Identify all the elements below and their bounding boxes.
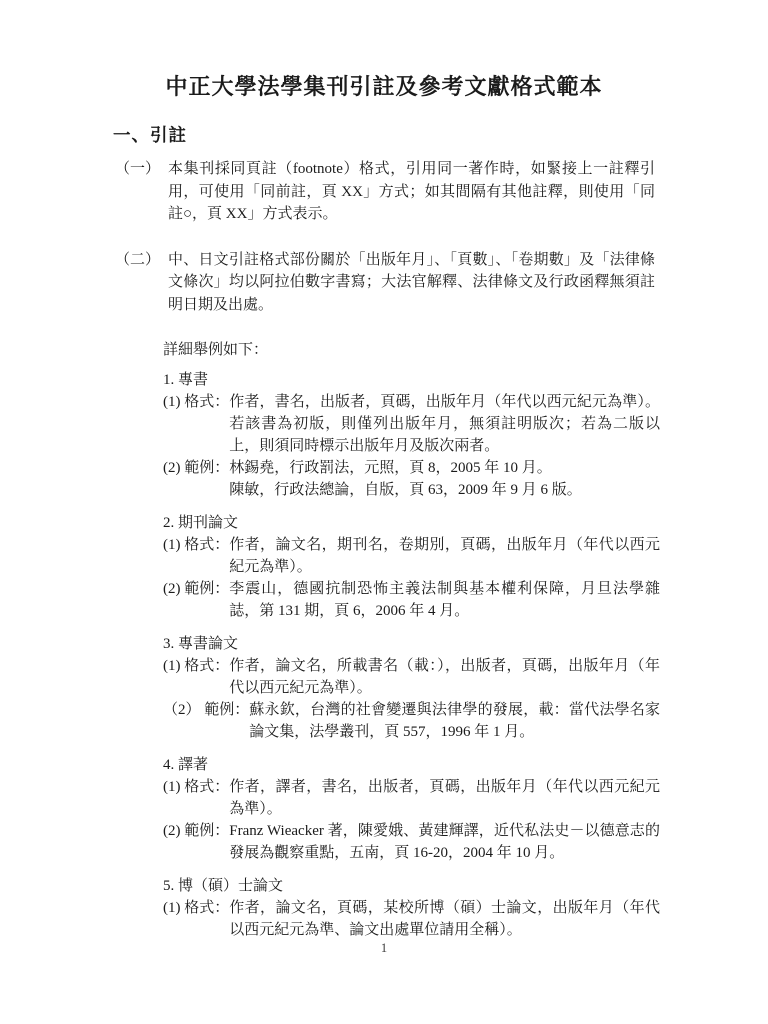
item-label: (2) 範例： xyxy=(163,457,229,501)
numbered-paragraph: （二） 中、日文引註格式部份關於「出版年月」、「頁數」、「卷期數」及「法律條文條… xyxy=(115,249,655,317)
item-text: 作者，譯者，書名，出版者，頁碼，出版年月（年代以西元紀元為準）。 xyxy=(229,776,660,820)
item-text: 作者，論文名，所載書名（載：），出版者，頁碼，出版年月（年代以西元紀元為準）。 xyxy=(229,655,660,699)
intro-paragraphs: （一） 本集刊採同頁註（footnote）格式，引用同一著作時，如緊接上一註釋引… xyxy=(115,158,655,316)
entry-item-example: (2) 範例： 李震山，德國抗制恐怖主義法制與基本權利保障，月旦法學雜誌，第 1… xyxy=(163,578,660,622)
entry-item-format: (1) 格式： 作者，論文名，頁碼，某校所博（碩）士論文，出版年月（年代以西元紀… xyxy=(163,897,660,941)
examples-intro: 詳細舉例如下： xyxy=(163,339,660,361)
item-text: 作者，論文名，頁碼，某校所博（碩）士論文，出版年月（年代以西元紀元為準、論文出處… xyxy=(229,897,660,941)
citation-entry-translations: 4. 譯著 (1) 格式： 作者，譯者，書名，出版者，頁碼，出版年月（年代以西元… xyxy=(163,754,660,864)
citation-entries: 1. 專書 (1) 格式： 作者，書名，出版者，頁碼，出版年月（年代以西元紀元為… xyxy=(163,369,660,941)
citation-entry-books: 1. 專書 (1) 格式： 作者，書名，出版者，頁碼，出版年月（年代以西元紀元為… xyxy=(163,369,660,501)
numbered-paragraph: （一） 本集刊採同頁註（footnote）格式，引用同一著作時，如緊接上一註釋引… xyxy=(115,158,655,226)
citation-entry-theses: 5. 博（碩）士論文 (1) 格式： 作者，論文名，頁碼，某校所博（碩）士論文，… xyxy=(163,875,660,941)
paragraph-label: （二） xyxy=(115,249,168,317)
entry-heading: 3. 專書論文 xyxy=(163,633,660,655)
item-label: (1) 格式： xyxy=(163,391,229,457)
entry-item-format: (1) 格式： 作者，論文名，期刊名，卷期別，頁碼，出版年月（年代以西元紀元為準… xyxy=(163,534,660,578)
item-text: 作者，論文名，期刊名，卷期別，頁碼，出版年月（年代以西元紀元為準）。 xyxy=(229,534,660,578)
entry-item-format: (1) 格式： 作者，論文名，所載書名（載：），出版者，頁碼，出版年月（年代以西… xyxy=(163,655,660,699)
item-text: 作者，書名，出版者，頁碼，出版年月（年代以西元紀元為準）。若該書為初版，則僅列出… xyxy=(229,391,660,457)
entry-item-example: (2) 範例： Franz Wieacker 著，陳愛娥、黃建輝譯，近代私法史－… xyxy=(163,820,660,864)
item-label: (1) 格式： xyxy=(163,534,229,578)
item-text: 蘇永欽，台灣的社會變遷與法律學的發展，載：當代法學名家論文集，法學叢刊，頁 55… xyxy=(249,699,660,743)
item-label: (1) 格式： xyxy=(163,776,229,820)
item-label: (1) 格式： xyxy=(163,897,229,941)
paragraph-text: 本集刊採同頁註（footnote）格式，引用同一著作時，如緊接上一註釋引用，可使… xyxy=(168,158,655,226)
section-heading: 一、引註 xyxy=(113,124,768,146)
entry-item-example: （2） 範例： 蘇永欽，台灣的社會變遷與法律學的發展，載：當代法學名家論文集，法… xyxy=(163,699,660,743)
entry-item-format: (1) 格式： 作者，譯者，書名，出版者，頁碼，出版年月（年代以西元紀元為準）。 xyxy=(163,776,660,820)
document-title: 中正大學法學集刊引註及參考文獻格式範本 xyxy=(0,72,768,102)
citation-entry-journal-articles: 2. 期刊論文 (1) 格式： 作者，論文名，期刊名，卷期別，頁碼，出版年月（年… xyxy=(163,512,660,622)
entry-heading: 2. 期刊論文 xyxy=(163,512,660,534)
entry-heading: 5. 博（碩）士論文 xyxy=(163,875,660,897)
entry-item-format: (1) 格式： 作者，書名，出版者，頁碼，出版年月（年代以西元紀元為準）。若該書… xyxy=(163,391,660,457)
entry-item-example: (2) 範例： 林錫堯，行政罰法，元照，頁 8，2005 年 10 月。 陳敏，… xyxy=(163,457,660,501)
item-text: 李震山，德國抗制恐怖主義法制與基本權利保障，月旦法學雜誌，第 131 期，頁 6… xyxy=(229,578,660,622)
entry-heading: 1. 專書 xyxy=(163,369,660,391)
paragraph-label: （一） xyxy=(115,158,168,226)
page-number: 1 xyxy=(0,941,768,956)
item-label: (2) 範例： xyxy=(163,578,229,622)
citation-entry-book-chapters: 3. 專書論文 (1) 格式： 作者，論文名，所載書名（載：），出版者，頁碼，出… xyxy=(163,633,660,743)
item-label: (2) 範例： xyxy=(163,820,229,864)
item-text: 陳敏，行政法總論，自版，頁 63，2009 年 9 月 6 版。 xyxy=(229,479,660,501)
item-text: Franz Wieacker 著，陳愛娥、黃建輝譯，近代私法史－以德意志的發展為… xyxy=(229,820,660,864)
paragraph-text: 中、日文引註格式部份關於「出版年月」、「頁數」、「卷期數」及「法律條文條次」均以… xyxy=(168,249,655,317)
item-label: (1) 格式： xyxy=(163,655,229,699)
document-page: 中正大學法學集刊引註及參考文獻格式範本 一、引註 （一） 本集刊採同頁註（foo… xyxy=(0,0,768,1024)
item-label: （2） 範例： xyxy=(163,699,249,743)
entry-heading: 4. 譯著 xyxy=(163,754,660,776)
item-text: 林錫堯，行政罰法，元照，頁 8，2005 年 10 月。 xyxy=(229,457,660,479)
